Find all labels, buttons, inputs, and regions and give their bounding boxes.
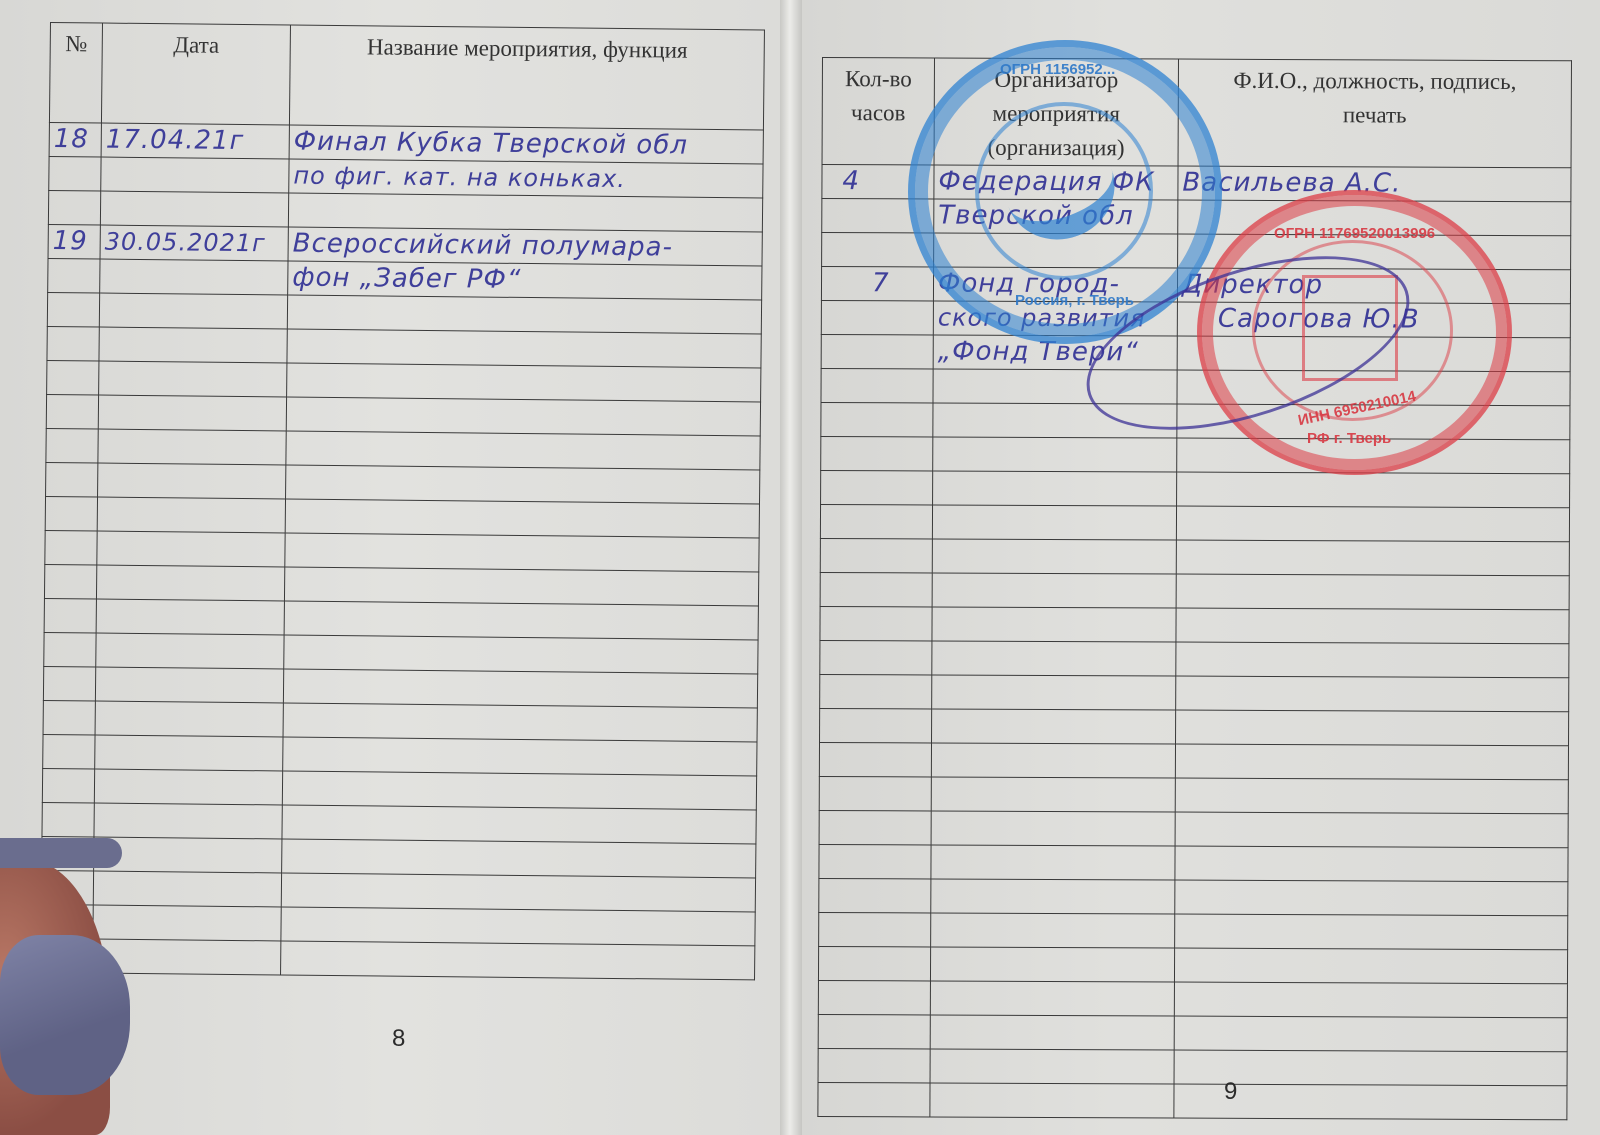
column-header-date: Дата <box>101 23 290 125</box>
row-organizer-line: Тверской обл <box>934 199 1177 233</box>
empty-table-row <box>818 946 1567 983</box>
left-log-table: № Дата Название мероприятия, функция 18 … <box>40 22 765 980</box>
table-row: 4 Федерация ФК Васильева А.С. <box>822 165 1571 202</box>
empty-table-row <box>821 368 1570 405</box>
row-hours: 4 <box>822 165 933 198</box>
table-row: ского развития Сарогова Ю.В <box>821 300 1570 337</box>
row-event-line: Финал Кубка Тверской обл <box>290 126 763 164</box>
empty-table-row <box>818 1048 1567 1085</box>
empty-table-row <box>820 640 1569 677</box>
empty-table-row <box>821 402 1570 439</box>
table-row: 7 Фонд город- Директор <box>821 267 1570 304</box>
fingernail <box>0 935 130 1095</box>
empty-table-row <box>819 742 1568 779</box>
page-number-right: 9 <box>1224 1078 1237 1106</box>
row-signatory-line: Сарогова Ю.В <box>1178 303 1570 338</box>
row-hours: 7 <box>822 267 933 300</box>
empty-table-row <box>819 810 1568 847</box>
row-event-line: фон „Забег РФ“ <box>288 262 761 300</box>
row-event-line: по фиг. кат. на коньках. <box>289 160 762 198</box>
table-row: Тверской обл <box>822 199 1571 236</box>
row-number: 18 <box>50 123 101 157</box>
right-log-table: Кол-во часов Организатор мероприятия (ор… <box>817 57 1572 1120</box>
empty-table-row <box>818 1082 1567 1119</box>
empty-table-row <box>820 674 1569 711</box>
table-row: „Фонд Твери“ <box>821 334 1570 371</box>
row-number: 19 <box>49 225 100 259</box>
column-header-organizer: Организатор мероприятия (организация) <box>934 58 1178 166</box>
row-organizer-line: „Фонд Твери“ <box>934 335 1177 369</box>
empty-table-row <box>820 572 1569 609</box>
row-event-line: Всероссийский полумара- <box>289 228 762 266</box>
empty-table-row <box>41 938 755 979</box>
empty-table-row <box>820 504 1569 541</box>
empty-table-row <box>818 980 1567 1017</box>
row-organizer-line: Фонд город- <box>934 267 1177 301</box>
book-gutter <box>780 0 802 1135</box>
empty-table-row <box>819 844 1568 881</box>
column-header-number: № <box>49 23 102 124</box>
empty-table-row <box>820 606 1569 643</box>
column-header-hours: Кол-во часов <box>822 58 934 165</box>
fingernail <box>0 838 122 868</box>
page-number-left: 8 <box>392 1025 405 1053</box>
row-organizer-line: Федерация ФК <box>934 165 1177 199</box>
empty-table-row <box>818 1014 1567 1051</box>
row-organizer-line: ского развития <box>934 301 1177 335</box>
row-signatory-line: Директор <box>1178 269 1570 304</box>
empty-table-row <box>819 776 1568 813</box>
row-signatory-line: Васильева А.С. <box>1178 167 1570 202</box>
empty-table-row <box>819 878 1568 915</box>
row-date: 17.04.21г <box>102 124 289 159</box>
column-header-signature: Ф.И.О., должность, подпись, печать <box>1178 59 1571 168</box>
empty-table-row <box>821 436 1570 473</box>
column-header-event: Название мероприятия, функция <box>289 25 764 130</box>
empty-table-row <box>819 912 1568 949</box>
empty-table-row <box>821 470 1570 507</box>
empty-table-row <box>820 538 1569 575</box>
empty-table-row <box>820 708 1569 745</box>
row-date: 30.05.2021г <box>101 226 288 261</box>
